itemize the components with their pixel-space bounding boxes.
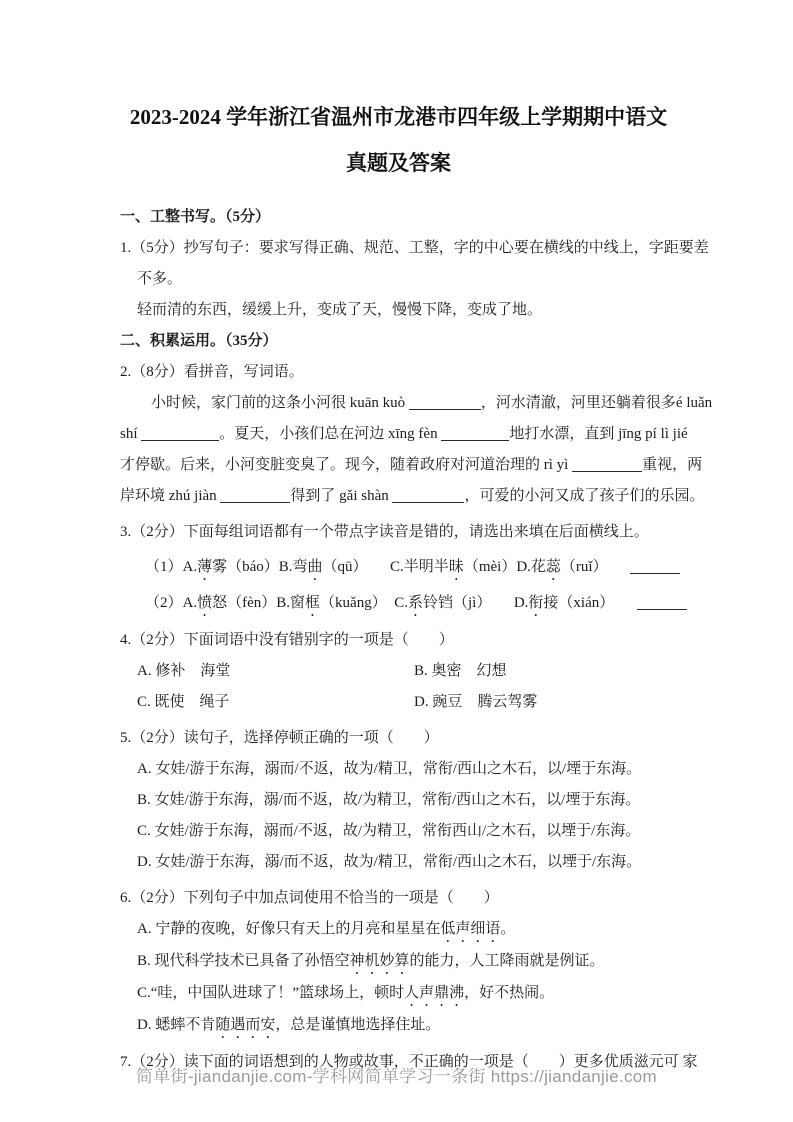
exam-paper-page: 2023-2024 学年浙江省温州市龙港市四年级上学期期中语文 真题及答案 一、…: [0, 0, 793, 1122]
emphasis-dotted-text: 神机妙算: [350, 953, 410, 969]
document-title-line-2: 真题及答案: [120, 140, 677, 186]
answer-blank[interactable]: [572, 456, 642, 472]
emphasis-dotted-text: 框: [305, 595, 320, 611]
q2-stem: 2.（8分）看拼音，写词语。: [120, 357, 677, 388]
emphasis-dotted-text: 随遇而安: [215, 1017, 275, 1033]
q4-option-a: A. 修补 海堂: [137, 656, 414, 687]
exam-content: 2023-2024 学年浙江省温州市龙港市四年级上学期期中语文 真题及答案 一、…: [120, 0, 677, 1078]
answer-blank[interactable]: [637, 594, 687, 610]
q5-option-c: C. 女娃/游于东海，溺而/不返，故/为精卫，常衔西山/之木石，以堙于/东海。: [120, 816, 677, 847]
q5-option-b: B. 女娃/游于东海，溺/而不返，故/为精卫，常衔/西山之木石，以/堙于东海。: [120, 785, 677, 816]
q5-option-a: A. 女娃/游于东海，溺而/不返，故为/精卫，常衔/西山之木石，以/堙于东海。: [120, 754, 677, 785]
q4-option-d: D. 豌豆 腾云驾雾: [414, 687, 537, 718]
q5-option-d: D. 女娃/游于东海，溺/而不返，故为/精卫，常衔/西山之木石，以堙于/东海。: [120, 847, 677, 878]
answer-blank[interactable]: [630, 558, 680, 574]
q2-passage-line-4: 岸环境 zhú jiàn 得到了 gǎi shàn ，可爱的小河又成了孩子们的乐…: [120, 481, 677, 512]
q1-stem-line-1: 1.（5分）抄写句子：要求写得正确、规范、工整，字的中心要在横线的中线上，字距要…: [120, 233, 677, 264]
emphasis-dotted-text: 系: [408, 595, 423, 611]
q2-passage-line-2: shí 。夏天，小孩们总在河边 xīng fèn 地打水漂，直到 jīng pí…: [120, 419, 677, 450]
q3-group-2: （2）A.愤怒（fèn）B.窗框（kuǎng） C.系铃铛（jì） D.衔接（x…: [120, 588, 677, 620]
q4-options-row-1: A. 修补 海堂 B. 奥密 幻想: [120, 656, 677, 687]
section-2-heading: 二、积累运用。（35分）: [120, 326, 677, 357]
answer-blank[interactable]: [141, 425, 219, 441]
q2-passage-line-3: 才停歇。后来，小河变脏变臭了。现今，随着政府对河道治理的 rì yì 重视，两: [120, 450, 677, 481]
emphasis-dotted-text: 曲: [308, 559, 323, 575]
answer-blank[interactable]: [392, 487, 464, 503]
q6-option-c: C.“哇，中国队进球了！”篮球场上，顿时人声鼎沸，好不热闹。: [120, 978, 677, 1010]
q6-option-d: D. 蟋蟀不肯随遇而安，总是谨慎地选择住址。: [120, 1010, 677, 1042]
document-title-line-1: 2023-2024 学年浙江省温州市龙港市四年级上学期期中语文: [120, 94, 677, 140]
site-watermark-footer: 简单街-jiandanjie.com-学科网简单学习一条街 https://ji…: [0, 1062, 793, 1087]
emphasis-dotted-text: 蕊: [546, 559, 561, 575]
section-1-heading: 一、工整书写。（5分）: [120, 202, 677, 233]
emphasis-dotted-text: 愤: [197, 595, 212, 611]
q2-passage-line-1: 小时候，家门前的这条小河很 kuān kuò ，河水清澈，河里还躺着很多é lu…: [120, 388, 677, 419]
q4-option-c: C. 既使 绳子: [137, 687, 414, 718]
q6-stem: 6.（2分）下列句子中加点词使用不恰当的一项是（ ）: [120, 883, 677, 914]
answer-blank[interactable]: [220, 487, 290, 503]
q6-option-a: A. 宁静的夜晚，好像只有天上的月亮和星星在低声细语。: [120, 914, 677, 946]
document-title: 2023-2024 学年浙江省温州市龙港市四年级上学期期中语文 真题及答案: [120, 94, 677, 186]
emphasis-dotted-text: 衔: [528, 595, 543, 611]
answer-blank[interactable]: [409, 394, 481, 410]
emphasis-dotted-text: 昧: [449, 559, 464, 575]
q5-stem: 5.（2分）读句子，选择停顿正确的一项（ ）: [120, 723, 677, 754]
q3-group-1: （1）A.薄雾（báo）B.弯曲（qū） C.半明半昧（mèi）D.花蕊（ruǐ…: [120, 552, 677, 584]
q4-stem: 4.（2分）下面词语中没有错别字的一项是（ ）: [120, 625, 677, 656]
emphasis-dotted-text: 薄: [197, 559, 212, 575]
q1-stem-line-2: 不多。: [120, 264, 677, 295]
answer-blank[interactable]: [441, 425, 509, 441]
emphasis-dotted-text: 人声鼎沸: [404, 985, 464, 1001]
q1-copy-sentence: 轻而清的东西，缓缓上升，变成了天，慢慢下降，变成了地。: [120, 295, 677, 326]
q3-stem: 3.（2分）下面每组词语都有一个带点字读音是错的，请选出来填在后面横线上。: [120, 517, 677, 548]
q4-option-b: B. 奥密 幻想: [414, 656, 507, 687]
q4-options-row-2: C. 既使 绳子 D. 豌豆 腾云驾雾: [120, 687, 677, 718]
emphasis-dotted-text: 低声细语: [440, 921, 500, 937]
q6-option-b: B. 现代科学技术已具备了孙悟空神机妙算的能力，人工降雨就是例证。: [120, 946, 677, 978]
